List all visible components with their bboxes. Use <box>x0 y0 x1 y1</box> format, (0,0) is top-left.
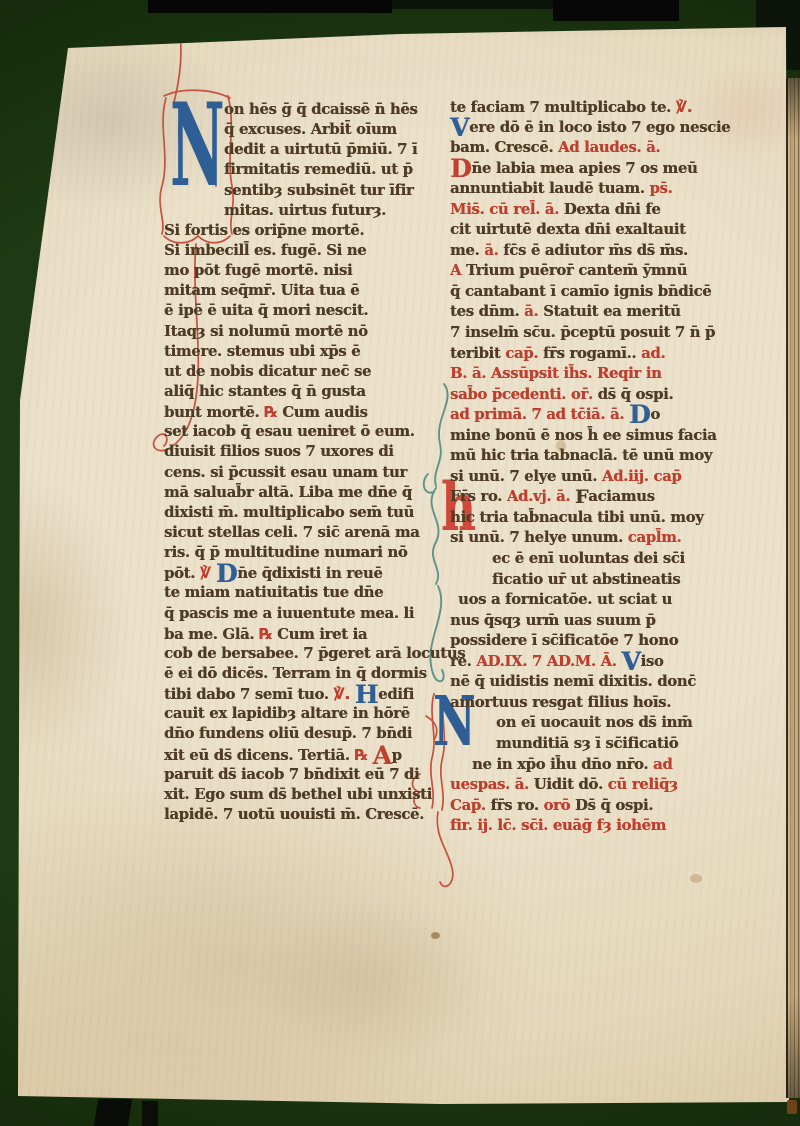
text-line: ad primā. 7 ad tc̄iā. ā. Do <box>450 405 744 426</box>
text-line: mitas. uirtus futurȝ. <box>164 201 446 221</box>
text-line: Itaqȝ si nolumū mortē nō <box>164 322 446 342</box>
ink-text: aciamus <box>588 488 654 505</box>
ink-text: mitas. uirtus futurȝ. <box>224 202 386 219</box>
ink-text: cob de bersabee. 7 p̄geret arā locutus <box>164 645 465 662</box>
rubric-text: ad primā. 7 ad tc̄iā. ā. <box>450 406 629 423</box>
illuminated-initial-N-blue: N <box>170 88 224 202</box>
ink-text: me. <box>450 242 484 259</box>
ink-text: pōt. <box>164 565 200 582</box>
ink-text: lapidē. 7 uotū uouisti m̄. Crescē. <box>164 806 424 823</box>
ink-text: cit uirtutē dexta dn̄i exaltauit <box>450 221 686 238</box>
ink-text: uos a fornicatōe. ut sciat u <box>458 591 672 608</box>
inline-initial-ink: F <box>575 486 588 508</box>
rubric-symbol: ℞ <box>264 403 282 421</box>
ink-text: q̄ cantabant ī camīo ignis bn̄dicē <box>450 283 711 300</box>
rubric-text: capl̄m. <box>628 529 682 546</box>
text-line: cens. si p̄cussit esau unam tur <box>164 463 446 483</box>
text-line: mine bonū ē nos h̄ ee simus facia <box>450 426 744 447</box>
text-line: si unū. 7 helye unum. capl̄m. <box>450 528 744 549</box>
ink-text: Si imbecill̄ es. fugē. Si ne <box>164 242 366 259</box>
ink-text: cens. si p̄cussit esau unam tur <box>164 464 407 481</box>
text-line: mo pōt fugē mortē. nisi <box>164 261 446 281</box>
text-line: Mis̄. cū rel̄. ā. Dexta dn̄i fe <box>450 200 744 221</box>
ink-text: mine bonū ē nos h̄ ee simus facia <box>450 427 716 444</box>
ink-text: amortuus resgat filius hoīs. <box>450 694 671 711</box>
text-line: re. AD.IX. 7 AD.M. Ā. Viso <box>450 652 744 673</box>
ink-text: 7 inselm̄ sc̄u. p̄ceptū posuit 7 n̄ p̄ <box>450 324 715 341</box>
ink-text: si unū. 7 helye unum. <box>450 529 628 546</box>
text-line: sicut stellas celi. 7 sic̄ arenā ma <box>164 523 446 543</box>
text-column-left: on hēs ḡ q̄ dcaissē n̄ hēsq̄ excuses. Ar… <box>164 100 446 825</box>
ink-text: mo pōt fugē mortē. nisi <box>164 262 352 279</box>
ink-text: si unū. 7 elye unū. <box>450 468 602 485</box>
ink-text: nus q̄sqȝ urm̄ uas suum p̄ <box>450 612 655 629</box>
ink-text: mū hic tria tabnaclā. tē unū moy <box>450 447 712 464</box>
text-line: A Trium puēror̄ cantem̄ ȳmnū <box>450 261 744 282</box>
ink-text: hic tria tab̄nacula tibi unū. moy <box>450 509 703 526</box>
text-line: dn̄o fundens oliū desup̄. 7 bn̄di <box>164 724 446 744</box>
text-line: tes dn̄m. ā. Statuit ea meritū <box>450 302 744 323</box>
text-line: ē ei dō dicēs. Terram in q̄ dormis <box>164 664 446 684</box>
text-line: cob de bersabee. 7 p̄geret arā locutus <box>164 644 446 664</box>
text-line: te faciam 7 multiplicabo te. ℣. <box>450 97 744 118</box>
ink-text: Statuit ea meritū <box>543 303 680 320</box>
ink-text: ficatio ur̄ ut abstineatis <box>492 571 680 588</box>
inline-initial-blue: V <box>621 647 640 676</box>
rubric-text: uespas. ā. <box>450 776 534 793</box>
text-line: uespas. ā. Uidit dō. cū reliq̄ȝ <box>450 775 744 796</box>
rubric-text: Ad.vj. ā. <box>507 488 575 505</box>
ink-text: ds̄ q̄ ospi. <box>598 386 674 403</box>
ink-text: Itaqȝ si nolumū mortē nō <box>164 323 368 340</box>
ink-text: q̄ excuses. Arbit̄ oīum <box>224 121 397 138</box>
teal-penwork-flourish-intercolumn <box>414 378 460 696</box>
ink-text: te faciam 7 multiplicabo te. <box>450 99 676 116</box>
text-line: Si fortis es orip̄ne mortē. <box>164 221 446 241</box>
manuscript-page: N h N on hēs ḡ q̄ dcaissē n̄ hēsq̄ excus… <box>0 0 800 1126</box>
ink-text: dedit a uirtutū p̄miū. 7 ī <box>224 141 417 158</box>
text-line: paruit ds̄ iacob 7 bn̄dixit eū 7 di <box>164 765 446 785</box>
rubric-text: ā. <box>524 303 543 320</box>
text-line: ficatio ur̄ ut abstineatis <box>450 570 744 591</box>
text-line: 7 inselm̄ sc̄u. p̄ceptū posuit 7 n̄ p̄ <box>450 323 744 344</box>
rubric-symbol: ℞ <box>259 625 277 643</box>
binding-fleck <box>787 1100 797 1114</box>
text-line: mā saluab̄r altā. Liba me dn̄e q̄ <box>164 483 446 503</box>
rubric-symbol: ℣. <box>333 685 354 703</box>
text-line: ut de nobis dicatur nec̄ se <box>164 362 446 382</box>
stain-spot <box>690 874 702 883</box>
text-line: Vere dō ē in loco isto 7 ego nescie <box>450 118 744 139</box>
ink-text: aliq̄ hic stantes q̄ n̄ gusta <box>164 383 366 400</box>
inline-initial-blue: D <box>629 400 650 429</box>
ink-text: firmitatis remediū. ut p̄ <box>224 161 413 178</box>
ink-text: Cum audis <box>282 404 367 421</box>
text-line: amortuus resgat filius hoīs. <box>450 693 744 714</box>
text-line: on hēs ḡ q̄ dcaissē n̄ hēs <box>164 100 446 120</box>
rubric-text: cū reliq̄ȝ <box>608 776 678 793</box>
text-line: hic tria tab̄nacula tibi unū. moy <box>450 508 744 529</box>
text-line: diuisit filios suos 7 uxores di <box>164 442 446 462</box>
text-line: xit. Ego sum ds̄ bethel ubi unxisti <box>164 785 446 805</box>
text-line: Cap̄. fr̄s ro. orō Ds̄ q̄ ospi. <box>450 796 744 817</box>
text-line: si unū. 7 elye unū. Ad.iij. cap̄ <box>450 467 744 488</box>
ink-text: Fr̄s ro. <box>450 488 507 505</box>
text-line: mū hic tria tabnaclā. tē unū moy <box>450 446 744 467</box>
rubric-text: fir. ij. lc̄. sc̄i. euāḡ fȝ iohēm <box>450 817 666 834</box>
text-line: Dn̄e labia mea apies 7 os meū <box>450 159 744 180</box>
ink-text: Si fortis es orip̄ne mortē. <box>164 222 364 239</box>
text-line: fir. ij. lc̄. sc̄i. euāḡ fȝ iohēm <box>450 816 744 837</box>
ink-text: tes dn̄m. <box>450 303 524 320</box>
illuminated-initial-N-blue-2: N <box>433 688 475 756</box>
rubric-symbol: ℞ <box>354 746 372 764</box>
text-line: nē q̄ uidistis nemī dixitis. donc̄ <box>450 672 744 693</box>
ink-text: fc̄s ē adiutor m̄s ds̄ m̄s. <box>503 242 688 259</box>
ink-text: ut de nobis dicatur nec̄ se <box>164 363 371 380</box>
ink-text: fr̄s rogamī.. <box>543 345 641 362</box>
ink-text: nē q̄ uidistis nemī dixitis. donc̄ <box>450 673 696 690</box>
text-line: nus q̄sqȝ urm̄ uas suum p̄ <box>450 611 744 632</box>
text-line: possidere ī sc̄ificatōe 7 hono <box>450 631 744 652</box>
text-line: uos a fornicatōe. ut sciat u <box>450 590 744 611</box>
rubric-text: sab̄o p̄cedenti. or̄. <box>450 386 598 403</box>
text-line: ec ē enī uoluntas dei sc̄i <box>450 549 744 570</box>
text-line: Fr̄s ro. Ad.vj. ā. Faciamus <box>450 487 744 508</box>
ink-text: sentibȝ subsinēt tur īfir <box>224 182 413 199</box>
ink-text: on eī uocauit nos ds̄ inm̄ <box>496 714 692 731</box>
red-penwork-flourish-bottom <box>404 686 500 898</box>
text-line: firmitatis remediū. ut p̄ <box>164 160 446 180</box>
top-clamp-right <box>553 0 679 21</box>
text-line: dixisti m̄. multiplicabo sem̄ tuū <box>164 503 446 523</box>
text-line: mitam seq̄mr̄. Uita tua ē <box>164 281 446 301</box>
fore-edge-shading <box>786 78 800 1098</box>
text-line: q̄ pascis me a iuuentute mea. li <box>164 604 446 624</box>
ink-text: diuisit filios suos 7 uxores di <box>164 443 394 460</box>
ink-text: ē ipē ē uita q̄ mori nescit. <box>164 302 368 319</box>
rubric-symbol: ℣. <box>676 98 692 116</box>
text-line: timere. stemus ubi xp̄s ē <box>164 342 446 362</box>
inline-initial-red: A <box>373 741 392 770</box>
text-line: me. ā. fc̄s ē adiutor m̄s ds̄ m̄s. <box>450 241 744 262</box>
ink-text: bunt mortē. <box>164 404 264 421</box>
text-line: B. ā. Assūpsit ih̄s. Reqir in <box>450 364 744 385</box>
text-line: ris. q̄ p̄ multitudine numari nō <box>164 543 446 563</box>
ink-text: n̄e labia mea apies 7 os meū <box>471 160 697 177</box>
text-line: set iacob q̄ esau ueniret ō eum. <box>164 422 446 442</box>
ink-text: xit. Ego sum ds̄ bethel ubi unxisti <box>164 786 432 803</box>
ink-text: mitam seq̄mr̄. Uita tua ē <box>164 282 359 299</box>
ink-text: q̄ pascis me a iuuentute mea. li <box>164 605 414 622</box>
text-line: xit eū ds̄ dicens. Tertiā. ℞ Ap <box>164 745 446 765</box>
text-line: munditiā sȝ ī sc̄ificatiō <box>450 734 744 755</box>
rubric-text: ad <box>653 756 672 773</box>
text-line: dedit a uirtutū p̄miū. 7 ī <box>164 140 446 160</box>
ink-text: sicut stellas celi. 7 sic̄ arenā ma <box>164 524 419 541</box>
red-penwork-flourish-top-left <box>140 6 240 476</box>
ink-text: re. <box>450 653 476 670</box>
text-line: ē ipē ē uita q̄ mori nescit. <box>164 301 446 321</box>
text-line: cauit ex lapidibȝ altare in hōrē <box>164 704 446 724</box>
ink-text: annuntiabit laudē tuam. <box>450 180 649 197</box>
ink-text: munditiā sȝ ī sc̄ificatiō <box>496 735 678 752</box>
ink-text: edifi <box>378 686 414 703</box>
ink-text: timere. stemus ubi xp̄s ē <box>164 343 360 360</box>
rubric-text: Ad.iij. cap̄ <box>602 468 682 485</box>
ink-text: Dexta dn̄i fe <box>564 201 661 218</box>
inline-initial-blue: V <box>450 113 469 142</box>
ink-text: ba me. Glā. <box>164 626 259 643</box>
ink-text: tibi dabo 7 semī tuo. <box>164 686 333 703</box>
inline-initial-blue: D <box>216 559 237 588</box>
text-line: ne in xp̄o ih̄u dn̄o nr̄o. ad <box>450 755 744 776</box>
rubric-text: orō <box>543 797 575 814</box>
text-line: te miam natiuitatis tue dn̄e <box>164 583 446 603</box>
text-line: q̄ excuses. Arbit̄ oīum <box>164 120 446 140</box>
ink-text: n̄e q̄dixisti in reuē <box>237 565 382 582</box>
text-line: bam. Crescē. Ad laudes. ā. <box>450 138 744 159</box>
text-line: pōt. ℣ Dn̄e q̄dixisti in reuē <box>164 563 446 583</box>
ink-text: dn̄o fundens oliū desup̄. 7 bn̄di <box>164 725 412 742</box>
text-line: tibi dabo 7 semī tuo. ℣. Hedifi <box>164 684 446 704</box>
text-line: teribit cap̄. fr̄s rogamī.. ad. <box>450 344 744 365</box>
ink-text: ne in xp̄o ih̄u dn̄o nr̄o. <box>472 756 653 773</box>
text-line: q̄ cantabant ī camīo ignis bn̄dicē <box>450 282 744 303</box>
ink-text: Uidit dō. <box>534 776 608 793</box>
ink-text: mā saluab̄r altā. Liba me dn̄e q̄ <box>164 484 412 501</box>
text-line: sab̄o p̄cedenti. or̄. ds̄ q̄ ospi. <box>450 385 744 406</box>
ink-text: o <box>650 406 660 423</box>
rubric-text: AD.IX. 7 AD.M. Ā. <box>476 653 621 670</box>
ink-text: paruit ds̄ iacob 7 bn̄dixit eū 7 di <box>164 766 419 783</box>
rubric-text: ā. <box>484 242 503 259</box>
text-line: cit uirtutē dexta dn̄i exaltauit <box>450 220 744 241</box>
ink-text: dixisti m̄. multiplicabo sem̄ tuū <box>164 504 414 521</box>
rubric-symbol: ℣ <box>200 564 216 582</box>
ink-text: ec ē enī uoluntas dei sc̄i <box>492 550 685 567</box>
rubric-text: B. ā. Assūpsit ih̄s. Reqir in <box>450 365 662 382</box>
stain-spot <box>556 440 566 452</box>
top-clamp-left <box>148 0 392 13</box>
illuminated-initial-h-red: h <box>441 474 476 540</box>
ink-text: teribit <box>450 345 505 362</box>
ink-text: xit eū ds̄ dicens. Tertiā. <box>164 747 354 764</box>
text-line: aliq̄ hic stantes q̄ n̄ gusta <box>164 382 446 402</box>
ink-text: ere dō ē in loco isto 7 ego nescie <box>469 119 730 136</box>
inline-initial-red: D <box>450 154 471 183</box>
ink-text: Trium puēror̄ cantem̄ ȳmnū <box>466 262 687 279</box>
ink-text: ris. q̄ p̄ multitudine numari nō <box>164 544 407 561</box>
ink-text: possidere ī sc̄ificatōe 7 hono <box>450 632 678 649</box>
text-line: Si imbecill̄ es. fugē. Si ne <box>164 241 446 261</box>
top-shadow-band <box>392 0 553 9</box>
rubric-text: cap̄. <box>505 345 543 362</box>
ink-text: Cum iret ia <box>277 626 367 643</box>
ink-text: p <box>392 747 402 764</box>
ink-text: te miam natiuitatis tue dn̄e <box>164 584 383 601</box>
text-line: bunt mortē. ℞ Cum audis <box>164 402 446 422</box>
ink-text: iso <box>641 653 664 670</box>
text-column-right: te faciam 7 multiplicabo te. ℣.Vere dō ē… <box>450 97 744 837</box>
ink-text: bam. Crescē. <box>450 139 558 156</box>
text-line: ba me. Glā. ℞ Cum iret ia <box>164 624 446 644</box>
rubric-text: ad. <box>641 345 665 362</box>
text-line: sentibȝ subsinēt tur īfir <box>164 181 446 201</box>
text-line: on eī uocauit nos ds̄ inm̄ <box>450 713 744 734</box>
rubric-text: Ad laudes. ā. <box>558 139 660 156</box>
text-line: lapidē. 7 uotū uouisti m̄. Crescē. <box>164 805 446 825</box>
ink-text: Ds̄ q̄ ospi. <box>575 797 653 814</box>
bottom-shadow-streak <box>142 1101 158 1126</box>
ink-text: ē ei dō dicēs. Terram in q̄ dormis <box>164 665 427 682</box>
rubric-text: Mis̄. cū rel̄. ā. <box>450 201 564 218</box>
bottom-shadow-streak <box>94 1099 132 1126</box>
text-line: annuntiabit laudē tuam. ps̄. <box>450 179 744 200</box>
ink-text: set iacob q̄ esau ueniret ō eum. <box>164 423 415 440</box>
rubric-text: ps̄. <box>649 180 672 197</box>
ink-text: fr̄s ro. <box>491 797 544 814</box>
inline-initial-blue: H <box>355 680 378 709</box>
rubric-text: Cap̄. <box>450 797 491 814</box>
stain-spot <box>431 932 440 939</box>
ink-text: on hēs ḡ q̄ dcaissē n̄ hēs <box>224 101 417 118</box>
ink-text: cauit ex lapidibȝ altare in hōrē <box>164 705 410 722</box>
rubric-text: A <box>450 262 466 279</box>
